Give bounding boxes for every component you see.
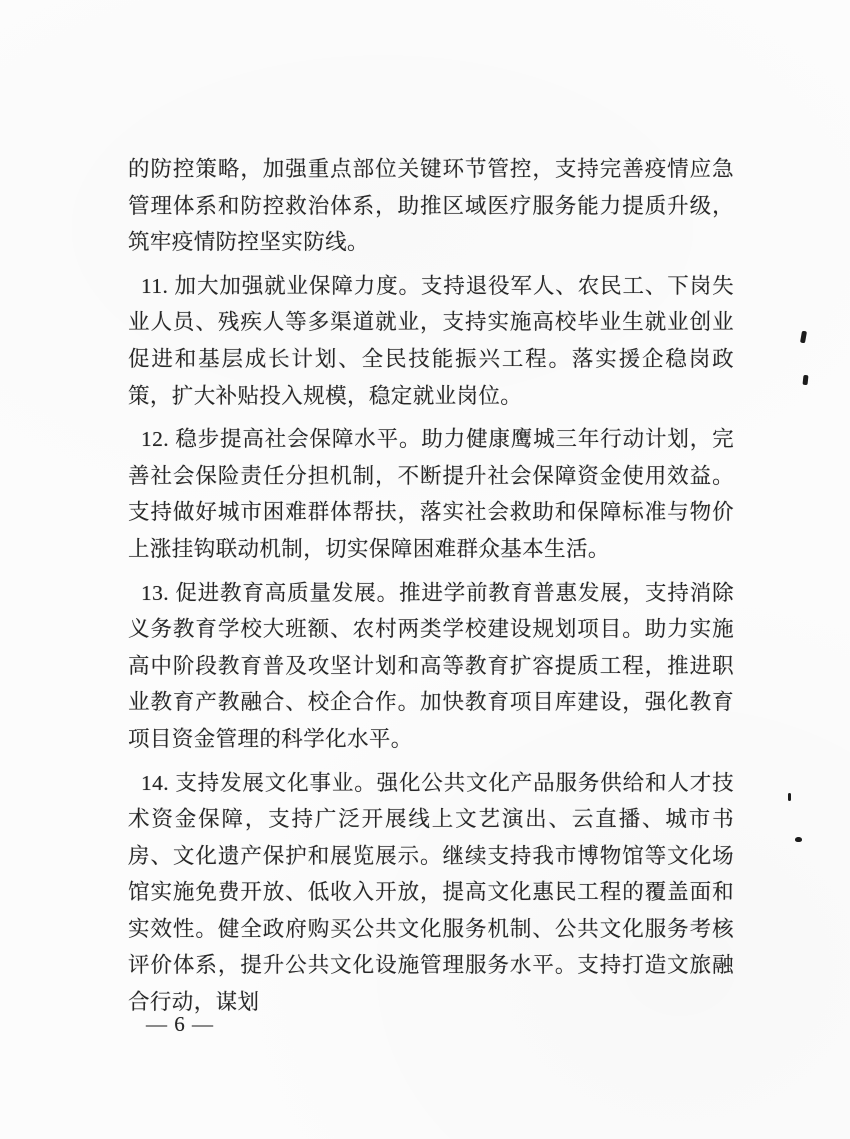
ink-speck [802,375,808,385]
ink-speck [800,331,807,344]
scanned-document-page: 的防控策略，加强重点部位关键环节管控，支持完善疫情应急管理体系和防控救治体系，助… [0,0,850,1139]
paragraph-item-13: 13. 促进教育高质量发展。推进学前教育普惠发展，支持消除义务教育学校大班额、农… [128,575,734,758]
paragraph-item-14: 14. 支持发展文化事业。强化公共文化产品服务供给和人才技术资金保障，支持广泛开… [128,765,734,1021]
ink-speck [795,837,802,842]
paragraph-item-12: 12. 稳步提高社会保障水平。助力健康鹰城三年行动计划，完善社会保险责任分担机制… [128,421,734,567]
document-body: 的防控策略，加强重点部位关键环节管控，支持完善疫情应急管理体系和防控救治体系，助… [128,151,734,1021]
ink-speck [788,793,791,801]
paragraph-item-11: 11. 加大加强就业保障力度。支持退役军人、农民工、下岗失业人员、残疾人等多渠道… [128,268,734,414]
page-number: — 6 — [146,1012,214,1037]
paragraph-continuation: 的防控策略，加强重点部位关键环节管控，支持完善疫情应急管理体系和防控救治体系，助… [128,151,734,261]
